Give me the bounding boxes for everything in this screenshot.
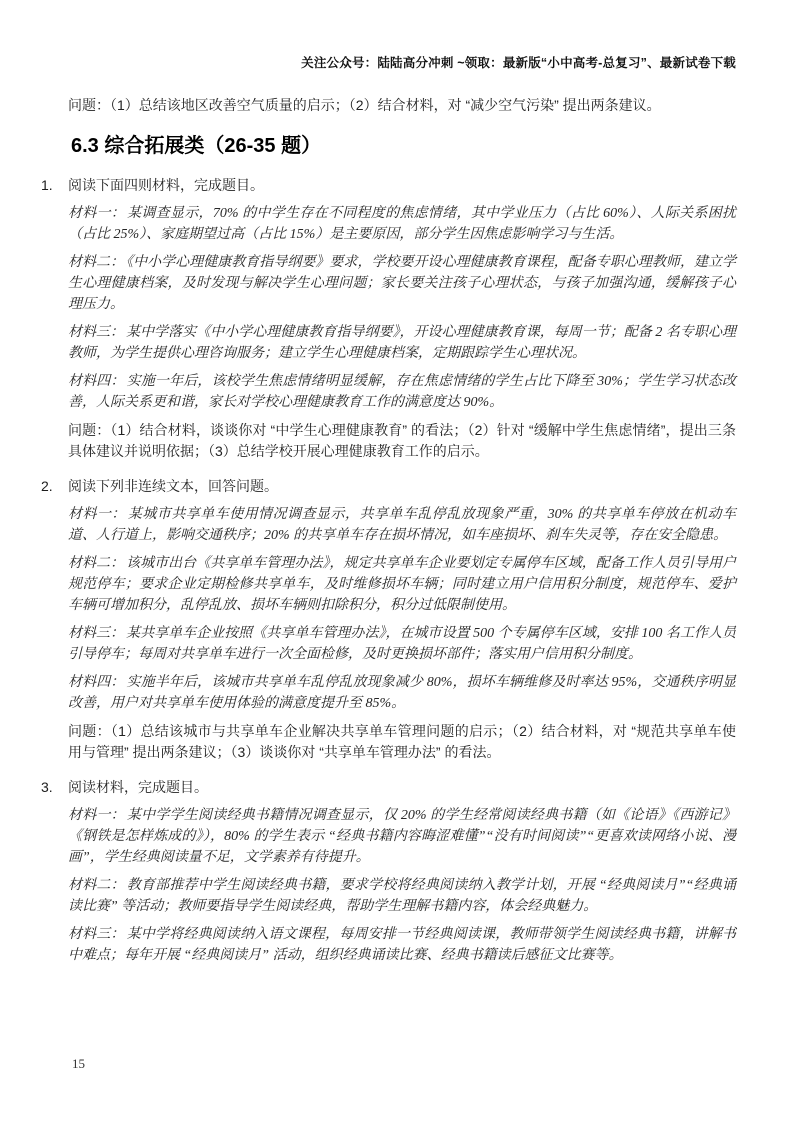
material-label: 材料四： [68,675,125,690]
question-item-1: 1. 阅读下面四则材料，完成题目。 材料一：某调查显示，70% 的中学生存在不同… [68,175,736,462]
material-paragraph: 材料三：某共享单车企业按照《共享单车管理办法》，在城市设置 500 个专属停车区… [68,623,736,665]
material-text: 某城市共享单车使用情况调查显示，共享单车乱停乱放现象严重，30% 的共享单车停放… [68,507,736,543]
material-label: 材料二： [68,255,124,270]
intro-question: 问题：（1）总结该地区改善空气质量的启示；（2）结合材料，对 “减少空气污染” … [68,95,736,116]
material-paragraph: 材料二：该城市出台《共享单车管理办法》，规定共享单车企业要划定专属停车区域，配备… [68,553,736,616]
question-number: 1. [41,175,63,196]
material-label: 材料二： [68,556,124,571]
question-prompt: 阅读下列非连续文本，回答问题。 [68,476,736,497]
material-paragraph: 材料一：某调查显示，70% 的中学生存在不同程度的焦虑情绪，其中学业压力（占比 … [68,203,736,245]
page-header: 关注公众号：陆陆高分冲刺 ~领取：最新版“小中高考-总复习”、最新试卷下载 [68,55,736,71]
material-text: 某调查显示，70% 的中学生存在不同程度的焦虑情绪，其中学业压力（占比 60%）… [68,206,736,242]
material-text: 教育部推荐中学生阅读经典书籍，要求学校将经典阅读纳入教学计划，开展 “经典阅读月… [68,878,736,914]
item-question: 问题：（1）总结该城市与共享单车企业解决共享单车管理问题的启示；（2）结合材料，… [68,721,736,763]
material-paragraph: 材料二：《中小学心理健康教育指导纲要》要求，学校要开设心理健康教育课程，配备专职… [68,252,736,315]
material-text: 某中学学生阅读经典书籍情况调查显示，仅 20% 的学生经常阅读经典书籍（如《论语… [68,808,736,865]
material-text: 某中学将经典阅读纳入语文课程，每周安排一节经典阅读课，教师带领学生阅读经典书籍，… [68,927,736,963]
question-number: 2. [41,476,63,497]
question-prompt: 阅读材料，完成题目。 [68,777,736,798]
material-paragraph: 材料一：某城市共享单车使用情况调查显示，共享单车乱停乱放现象严重，30% 的共享… [68,504,736,546]
material-label: 材料一： [68,808,125,823]
item-question: 问题：（1）结合材料，谈谈你对 “中学生心理健康教育” 的看法；（2）针对 “缓… [68,420,736,462]
material-label: 材料四： [68,374,125,389]
question-prompt: 阅读下面四则材料，完成题目。 [68,175,736,196]
material-paragraph: 材料一：某中学学生阅读经典书籍情况调查显示，仅 20% 的学生经常阅读经典书籍（… [68,805,736,868]
question-number: 3. [41,777,63,798]
material-text: 实施半年后，该城市共享单车乱停乱放现象减少 80%，损坏车辆维修及时率达 95%… [68,675,736,711]
material-paragraph: 材料二：教育部推荐中学生阅读经典书籍，要求学校将经典阅读纳入教学计划，开展 “经… [68,875,736,917]
material-text: 某共享单车企业按照《共享单车管理办法》，在城市设置 500 个专属停车区域，安排… [68,626,736,662]
material-label: 材料二： [68,878,125,893]
material-paragraph: 材料三：某中学落实《中小学心理健康教育指导纲要》，开设心理健康教育课，每周一节；… [68,322,736,364]
material-paragraph: 材料三：某中学将经典阅读纳入语文课程，每周安排一节经典阅读课，教师带领学生阅读经… [68,924,736,966]
question-item-3: 3. 阅读材料，完成题目。 材料一：某中学学生阅读经典书籍情况调查显示，仅 20… [68,777,736,966]
material-text: 《中小学心理健康教育指导纲要》要求，学校要开设心理健康教育课程，配备专职心理教师… [68,255,736,312]
section-title: 6.3 综合拓展类（26-35 题） [71,133,736,160]
material-label: 材料三： [68,927,125,942]
question-list: 1. 阅读下面四则材料，完成题目。 材料一：某调查显示，70% 的中学生存在不同… [68,175,736,966]
material-label: 材料三： [68,325,124,340]
document-page: 关注公众号：陆陆高分冲刺 ~领取：最新版“小中高考-总复习”、最新试卷下载 问题… [0,0,800,1132]
material-paragraph: 材料四：实施一年后，该校学生焦虑情绪明显缓解，存在焦虑情绪的学生占比下降至 30… [68,371,736,413]
material-label: 材料三： [68,626,124,641]
material-paragraph: 材料四：实施半年后，该城市共享单车乱停乱放现象减少 80%，损坏车辆维修及时率达… [68,672,736,714]
material-label: 材料一： [68,507,126,522]
material-text: 实施一年后，该校学生焦虑情绪明显缓解，存在焦虑情绪的学生占比下降至 30%；学生… [68,374,736,410]
material-label: 材料一： [68,206,125,221]
question-item-2: 2. 阅读下列非连续文本，回答问题。 材料一：某城市共享单车使用情况调查显示，共… [68,476,736,763]
material-text: 某中学落实《中小学心理健康教育指导纲要》，开设心理健康教育课，每周一节；配备 2… [68,325,736,361]
page-number: 15 [72,1056,85,1072]
material-text: 该城市出台《共享单车管理办法》，规定共享单车企业要划定专属停车区域，配备工作人员… [68,556,736,613]
